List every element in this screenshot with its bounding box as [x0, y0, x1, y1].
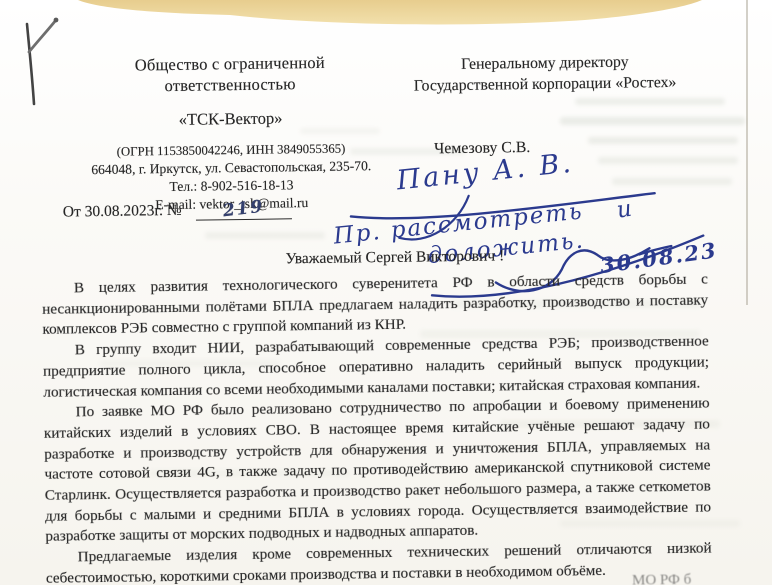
body-paragraph-4: Предлагаемые изделия кроме современных т…	[46, 539, 713, 585]
page-content: Общество с ограниченной ответственностью…	[0, 0, 772, 585]
body-paragraph-1: В целях развития технологического сувере…	[42, 270, 709, 341]
scanned-letter-page: Общество с ограниченной ответственностью…	[0, 0, 772, 585]
body-paragraph-3: По заявке МО РФ было реализовано сотрудн…	[44, 394, 712, 548]
body-paragraph-2: В группу входит НИИ, разрабатывающий сов…	[43, 332, 710, 403]
letter-body: В целях развития технологического сувере…	[42, 270, 712, 585]
cutoff-line-fragment: МО РФ б	[632, 572, 691, 585]
salutation: Уважаемый Сергей Викторович !	[285, 247, 504, 268]
